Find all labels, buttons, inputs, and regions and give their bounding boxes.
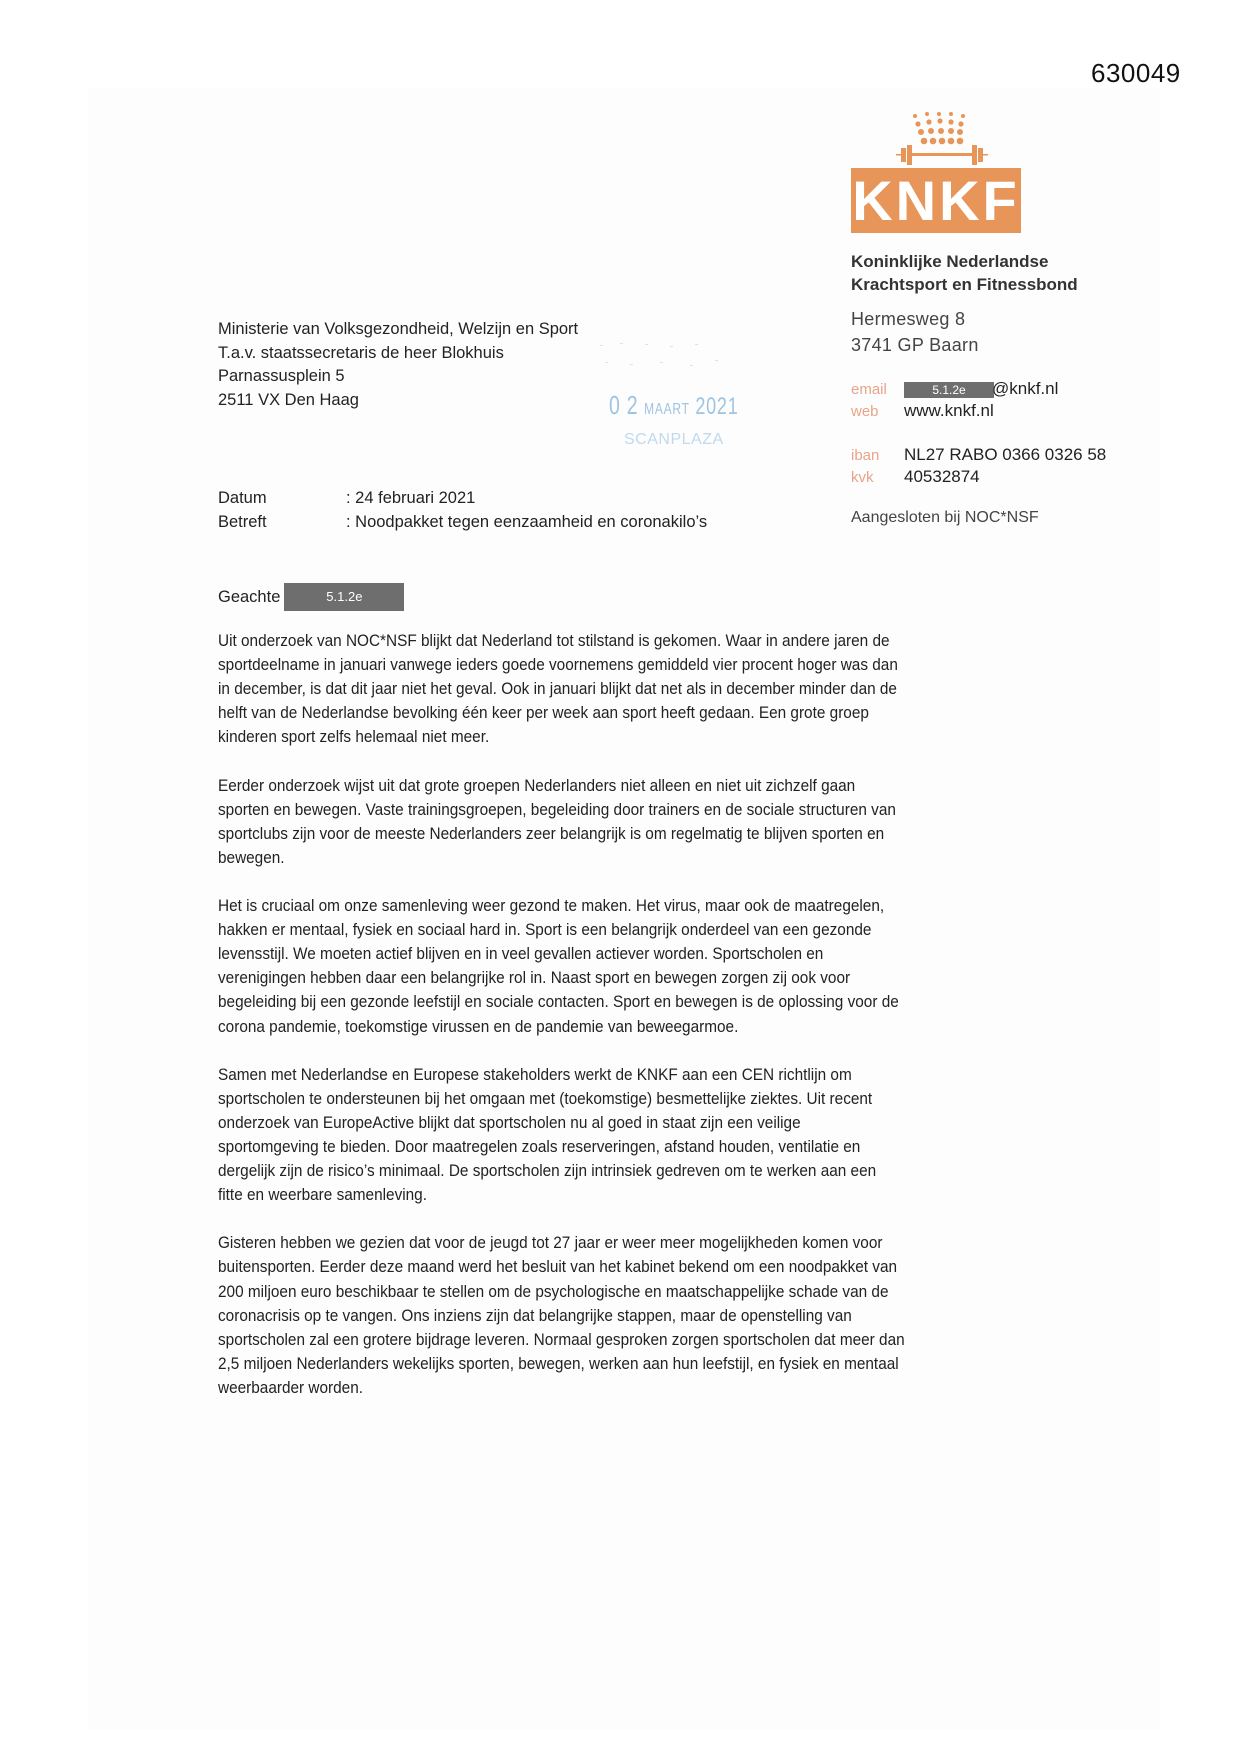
paragraph-4: Samen met Nederlandse en Europese stakeh… bbox=[218, 1063, 1036, 1208]
org-name-line2: Krachtsport en Fitnessbond bbox=[851, 273, 1078, 296]
date-label: Datum bbox=[218, 487, 346, 511]
salutation-redaction: 5.1.2e bbox=[284, 583, 404, 611]
organization-name: Koninklijke Nederlandse Krachtsport en F… bbox=[851, 250, 1078, 296]
logo-box: KNKF bbox=[851, 168, 1021, 233]
web-label: web bbox=[851, 401, 904, 423]
salutation: Geachte 5.1.2e bbox=[218, 583, 404, 611]
paragraph-1: Uit onderzoek van NOC*NSF blijkt dat Ned… bbox=[218, 629, 1036, 749]
paragraph-5: Gisteren hebben we gezien dat voor de je… bbox=[218, 1231, 1036, 1400]
affiliation: Aangesloten bij NOC*NSF bbox=[851, 509, 1039, 527]
recipient-address: Ministerie van Volksgezondheid, Welzijn … bbox=[218, 318, 578, 412]
kvk-value: 40532874 bbox=[904, 467, 980, 486]
stamp-day: 0 2 bbox=[609, 390, 638, 420]
subject-label: Betreft bbox=[218, 511, 346, 535]
email-label: email bbox=[851, 379, 904, 401]
address-city: 3741 GP Baarn bbox=[851, 332, 979, 358]
email-domain[interactable]: @knkf.nl bbox=[992, 379, 1058, 398]
received-stamp: 0 2 MAART 2021 SCANPLAZA bbox=[609, 390, 782, 449]
iban-label: iban bbox=[851, 445, 904, 467]
web-link[interactable]: www.knkf.nl bbox=[904, 401, 994, 420]
kvk-label: kvk bbox=[851, 467, 904, 489]
subject-value: : Noodpakket tegen eenzaamheid en corona… bbox=[346, 511, 707, 535]
stamp-faint-marks bbox=[590, 340, 730, 380]
logo-text: KNKF bbox=[852, 173, 1020, 229]
document-number: 630049 bbox=[1091, 58, 1181, 89]
organization-address: Hermesweg 8 3741 GP Baarn bbox=[851, 306, 979, 358]
kvk-row: kvk40532874 bbox=[851, 466, 980, 489]
address-street: Hermesweg 8 bbox=[851, 306, 979, 332]
barbell-crown-icon bbox=[851, 110, 1023, 168]
date-value: : 24 februari 2021 bbox=[346, 487, 475, 511]
letter-meta: Datum : 24 februari 2021 Betreft : Noodp… bbox=[218, 487, 707, 534]
email-redaction: 5.1.2e bbox=[904, 382, 994, 398]
date-row: Datum : 24 februari 2021 bbox=[218, 487, 707, 511]
stamp-date: 0 2 MAART 2021 bbox=[609, 390, 738, 421]
knkf-logo: KNKF bbox=[851, 110, 1023, 236]
recipient-line3: Parnassusplein 5 bbox=[218, 365, 578, 389]
paragraph-3: Het is cruciaal om onze samenleving weer… bbox=[218, 894, 1036, 1039]
iban-row: ibanNL27 RABO 0366 0326 58 bbox=[851, 444, 1106, 467]
iban-value: NL27 RABO 0366 0326 58 bbox=[904, 445, 1106, 464]
recipient-line1: Ministerie van Volksgezondheid, Welzijn … bbox=[218, 318, 578, 342]
letter-body: Uit onderzoek van NOC*NSF blijkt dat Ned… bbox=[218, 629, 1118, 1424]
stamp-year: 2021 bbox=[695, 393, 738, 420]
web-row: webwww.knkf.nl bbox=[851, 400, 994, 423]
salutation-text: Geachte bbox=[218, 588, 280, 607]
paragraph-2: Eerder onderzoek wijst uit dat grote gro… bbox=[218, 774, 1036, 870]
stamp-month: MAART bbox=[644, 401, 690, 418]
org-name-line1: Koninklijke Nederlandse bbox=[851, 250, 1078, 273]
recipient-line4: 2511 VX Den Haag bbox=[218, 389, 578, 413]
subject-row: Betreft : Noodpakket tegen eenzaamheid e… bbox=[218, 511, 707, 535]
recipient-line2: T.a.v. staatssecretaris de heer Blokhuis bbox=[218, 342, 578, 366]
email-row: email5.1.2e@knkf.nl bbox=[851, 378, 1058, 401]
stamp-org: SCANPLAZA bbox=[624, 431, 782, 449]
